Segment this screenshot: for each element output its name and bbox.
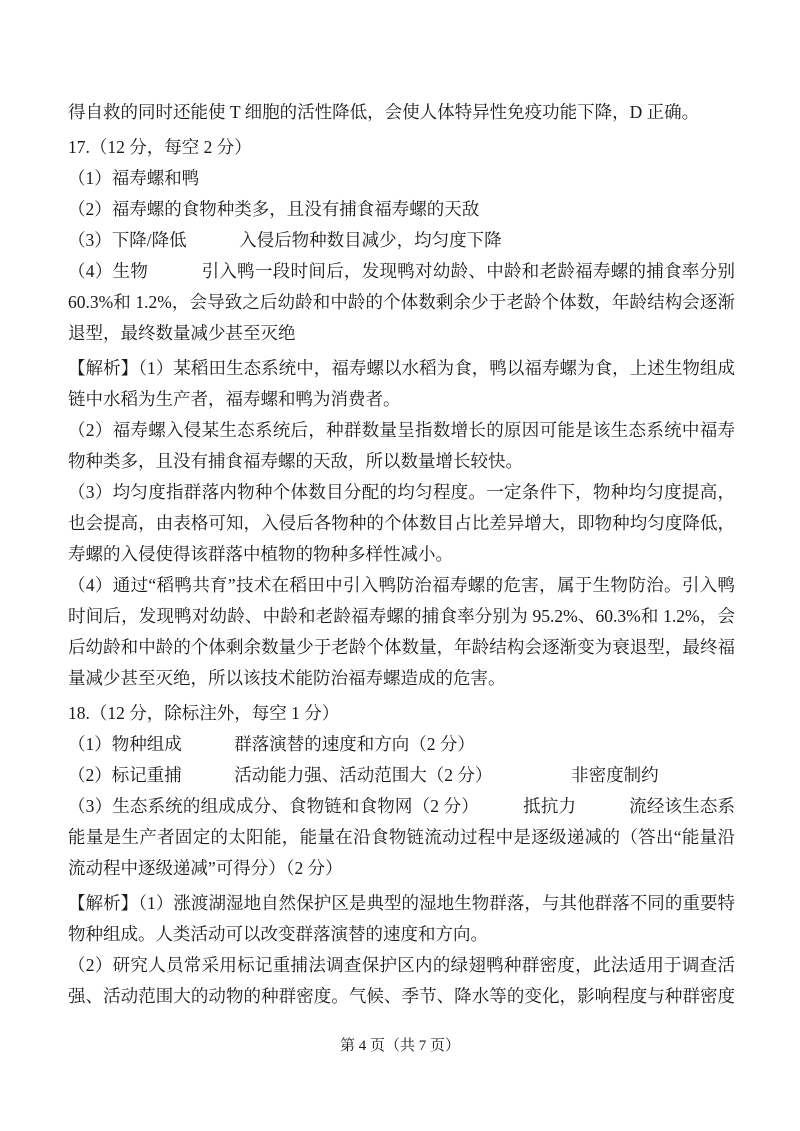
q18-header: 18.（12 分，除标注外，每空 1 分）	[68, 698, 735, 729]
q18-answer-line-2: （2）标记重捕 活动能力强、活动范围大（2 分） 非密度制约	[68, 760, 735, 791]
q17-analysis-line-11: 量减少甚至灭绝，所以该技术能防治福寿螺造成的危害。	[68, 663, 735, 694]
q17-answer-line-5: 60.3%和 1.2%，会导致之后幼龄和中龄的个体数剩余少于老龄个体数，年龄结构…	[68, 287, 735, 318]
page-content: 得自救的同时还能使 T 细胞的活性降低，会使人体特异性免疫功能下降，D 正确。 …	[68, 97, 735, 1012]
q18-answer-line-5: 流动程中逐级递减”可得分）（2 分）	[68, 853, 735, 884]
q17-analysis-line-5: （3）均匀度指群落内物种个体数目分配的均匀程度。一定条件下，物种均匀度提高，多样…	[68, 477, 735, 508]
q18-analysis-line-2: 物种组成。人类活动可以改变群落演替的速度和方向。	[68, 919, 735, 950]
q17-analysis-line-8: （4）通过“稻鸭共育”技术在稻田中引入鸭防治福寿螺的危害，属于生物防治。引入鸭一…	[68, 570, 735, 601]
q18-answer-line-4: 能量是生产者固定的太阳能，能量在沿食物链流动过程中是逐级递减的（答出“能量沿食物…	[68, 822, 735, 853]
q18-answer-line-1: （1）物种组成 群落演替的速度和方向（2 分）	[68, 729, 735, 760]
q17-analysis-line-4: 物种类多，且没有捕食福寿螺的天敌，所以数量增长较快。	[68, 446, 735, 477]
q17-analysis-line-6: 也会提高，由表格可知，入侵后各物种的个体数目占比差异增大，即物种均匀度降低，所以…	[68, 508, 735, 539]
q17-analysis-line-1: 【解析】（1）某稻田生态系统中，福寿螺以水稻为食，鸭以福寿螺为食，上述生物组成的…	[68, 353, 735, 384]
document-page: 得自救的同时还能使 T 细胞的活性降低，会使人体特异性免疫功能下降，D 正确。 …	[0, 0, 800, 1131]
q17-analysis-line-3: （2）福寿螺入侵某生态系统后，种群数量呈指数增长的原因可能是该生态系统中福寿螺的…	[68, 415, 735, 446]
q17-header: 17.（12 分，每空 2 分）	[68, 132, 735, 163]
q18-analysis-line-3: （2）研究人员常采用标记重捕法调查保护区内的绿翅鸭种群密度，此法适用于调查活动能…	[68, 950, 735, 981]
q17-analysis-line-7: 寿螺的入侵使得该群落中植物的物种多样性减小。	[68, 539, 735, 570]
q17-answer-line-1: （1）福寿螺和鸭	[68, 163, 735, 194]
q17-analysis-line-10: 后幼龄和中龄的个体剩余数量少于老龄个体数量，年龄结构会逐渐变为衰退型，最终福寿螺…	[68, 632, 735, 663]
q17-answer-line-6: 退型，最终数量减少甚至灭绝	[68, 318, 735, 349]
q18-answer-line-3: （3）生态系统的组成成分、食物链和食物网（2 分） 抵抗力 流经该生态系统的总	[68, 791, 735, 822]
q18-analysis-line-4: 强、活动范围大的动物的种群密度。气候、季节、降水等的变化，影响程度与种群密度没有…	[68, 981, 735, 1012]
q17-analysis-line-9: 时间后，发现鸭对幼龄、中龄和老龄福寿螺的捕食率分别为 95.2%、60.3%和 …	[68, 601, 735, 632]
page-footer: 第 4 页（共 7 页）	[0, 1031, 800, 1062]
q17-analysis-line-2: 链中水稻为生产者，福寿螺和鸭为消费者。	[68, 384, 735, 415]
q17-answer-line-2: （2）福寿螺的食物种类多，且没有捕食福寿螺的天敌	[68, 194, 735, 225]
q17-answer-line-3: （3）下降/降低 入侵后物种数目减少，均匀度下降	[68, 225, 735, 256]
previous-answer-tail-line: 得自救的同时还能使 T 细胞的活性降低，会使人体特异性免疫功能下降，D 正确。	[68, 97, 735, 128]
q17-answer-line-4: （4）生物 引入鸭一段时间后，发现鸭对幼龄、中龄和老龄福寿螺的捕食率分别为 95…	[68, 256, 735, 287]
page-number-text: 第 4 页（共 7 页）	[340, 1038, 460, 1054]
q18-analysis-line-1: 【解析】（1）涨渡湖湿地自然保护区是典型的湿地生物群落，与其他群落不同的重要特征…	[68, 888, 735, 919]
